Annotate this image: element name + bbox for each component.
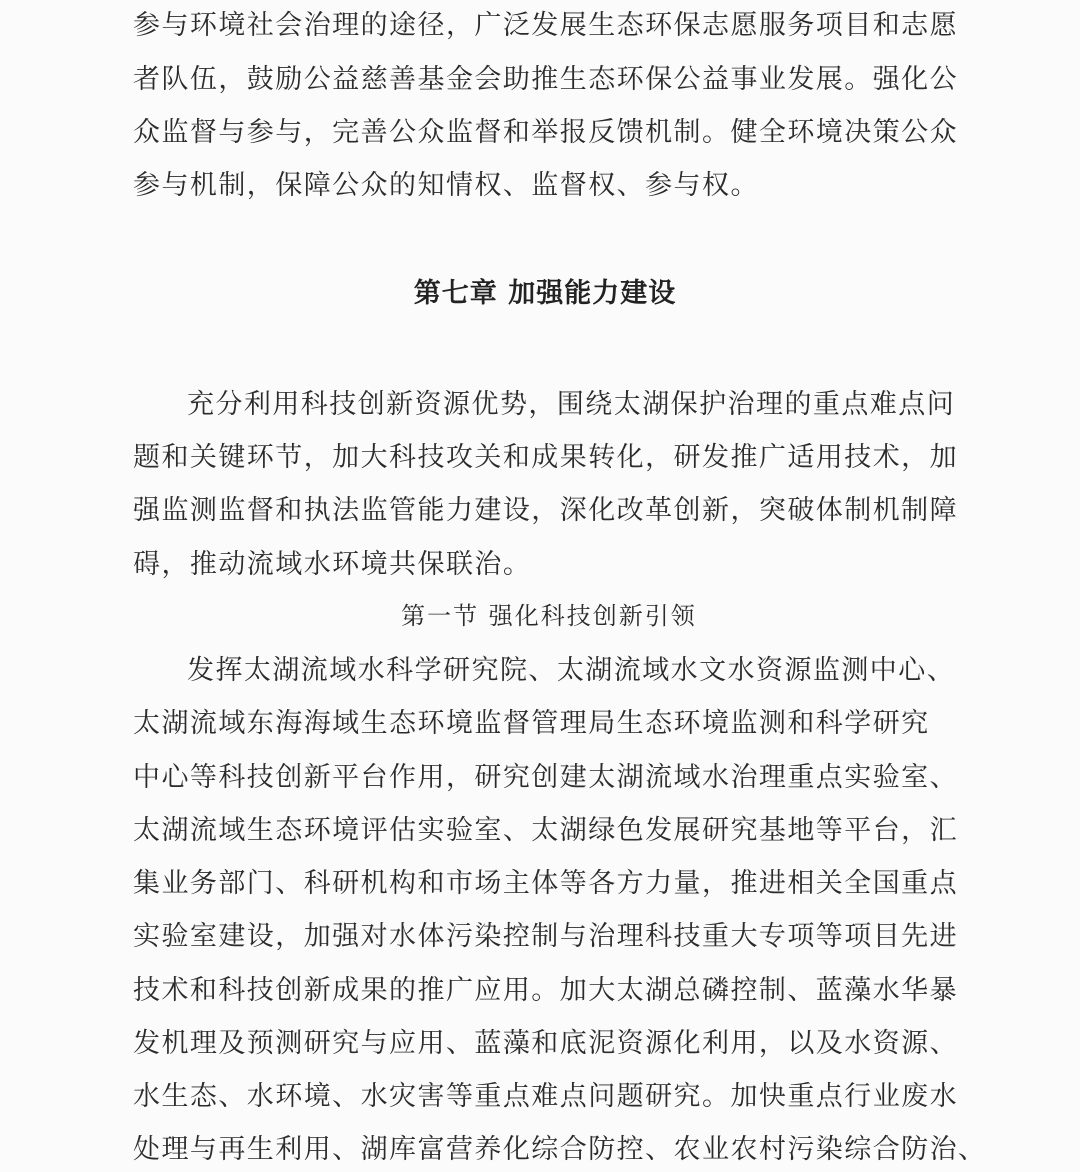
paragraph-line: 发机理及预测研究与应用、蓝藻和底泥资源化利用，以及水资源、 xyxy=(133,1026,905,1062)
paragraph-line: 参与环境社会治理的途径，广泛发展生态环保志愿服务项目和志愿 xyxy=(133,8,905,44)
paragraph-line: 技术和科技创新成果的推广应用。加大太湖总磷控制、蓝藻水华暴 xyxy=(133,973,905,1009)
paragraph-line: 太湖流域东海海域生态环境监督管理局生态环境监测和科学研究 xyxy=(133,706,905,742)
paragraph-line: 充分利用科技创新资源优势，围绕太湖保护治理的重点难点问 xyxy=(187,387,905,423)
paragraph-line: 发挥太湖流域水科学研究院、太湖流域水文水资源监测中心、 xyxy=(187,653,905,689)
paragraph-line: 题和关键环节，加大科技攻关和成果转化，研发推广适用技术，加 xyxy=(133,440,905,476)
paragraph-line: 处理与再生利用、湖库富营养化综合防控、农业农村污染综合防治、 xyxy=(133,1132,905,1168)
chapter-title: 第七章 加强能力建设 xyxy=(0,276,1080,312)
paragraph-line: 中心等科技创新平台作用，研究创建太湖流域水治理重点实验室、 xyxy=(133,760,905,796)
section-title: 第一节 强化科技创新引领 xyxy=(0,599,1080,633)
paragraph-line: 众监督与参与，完善公众监督和举报反馈机制。健全环境决策公众 xyxy=(133,115,905,151)
paragraph-line: 太湖流域生态环境评估实验室、太湖绿色发展研究基地等平台，汇 xyxy=(133,813,905,849)
paragraph-line: 集业务部门、科研机构和市场主体等各方力量，推进相关全国重点 xyxy=(133,866,905,902)
paragraph-line: 实验室建设，加强对水体污染控制与治理科技重大专项等项目先进 xyxy=(133,919,905,955)
paragraph-line: 强监测监督和执法监管能力建设，深化改革创新，突破体制机制障 xyxy=(133,493,905,529)
paragraph-line: 碍，推动流域水环境共保联治。 xyxy=(133,547,905,583)
paragraph-line: 水生态、水环境、水灾害等重点难点问题研究。加快重点行业废水 xyxy=(133,1079,905,1115)
paragraph-line: 参与机制，保障公众的知情权、监督权、参与权。 xyxy=(133,168,905,204)
paragraph-line: 者队伍，鼓励公益慈善基金会助推生态环保公益事业发展。强化公 xyxy=(133,62,905,98)
document-page: 参与环境社会治理的途径，广泛发展生态环保志愿服务项目和志愿 者队伍，鼓励公益慈善… xyxy=(0,0,1080,1172)
